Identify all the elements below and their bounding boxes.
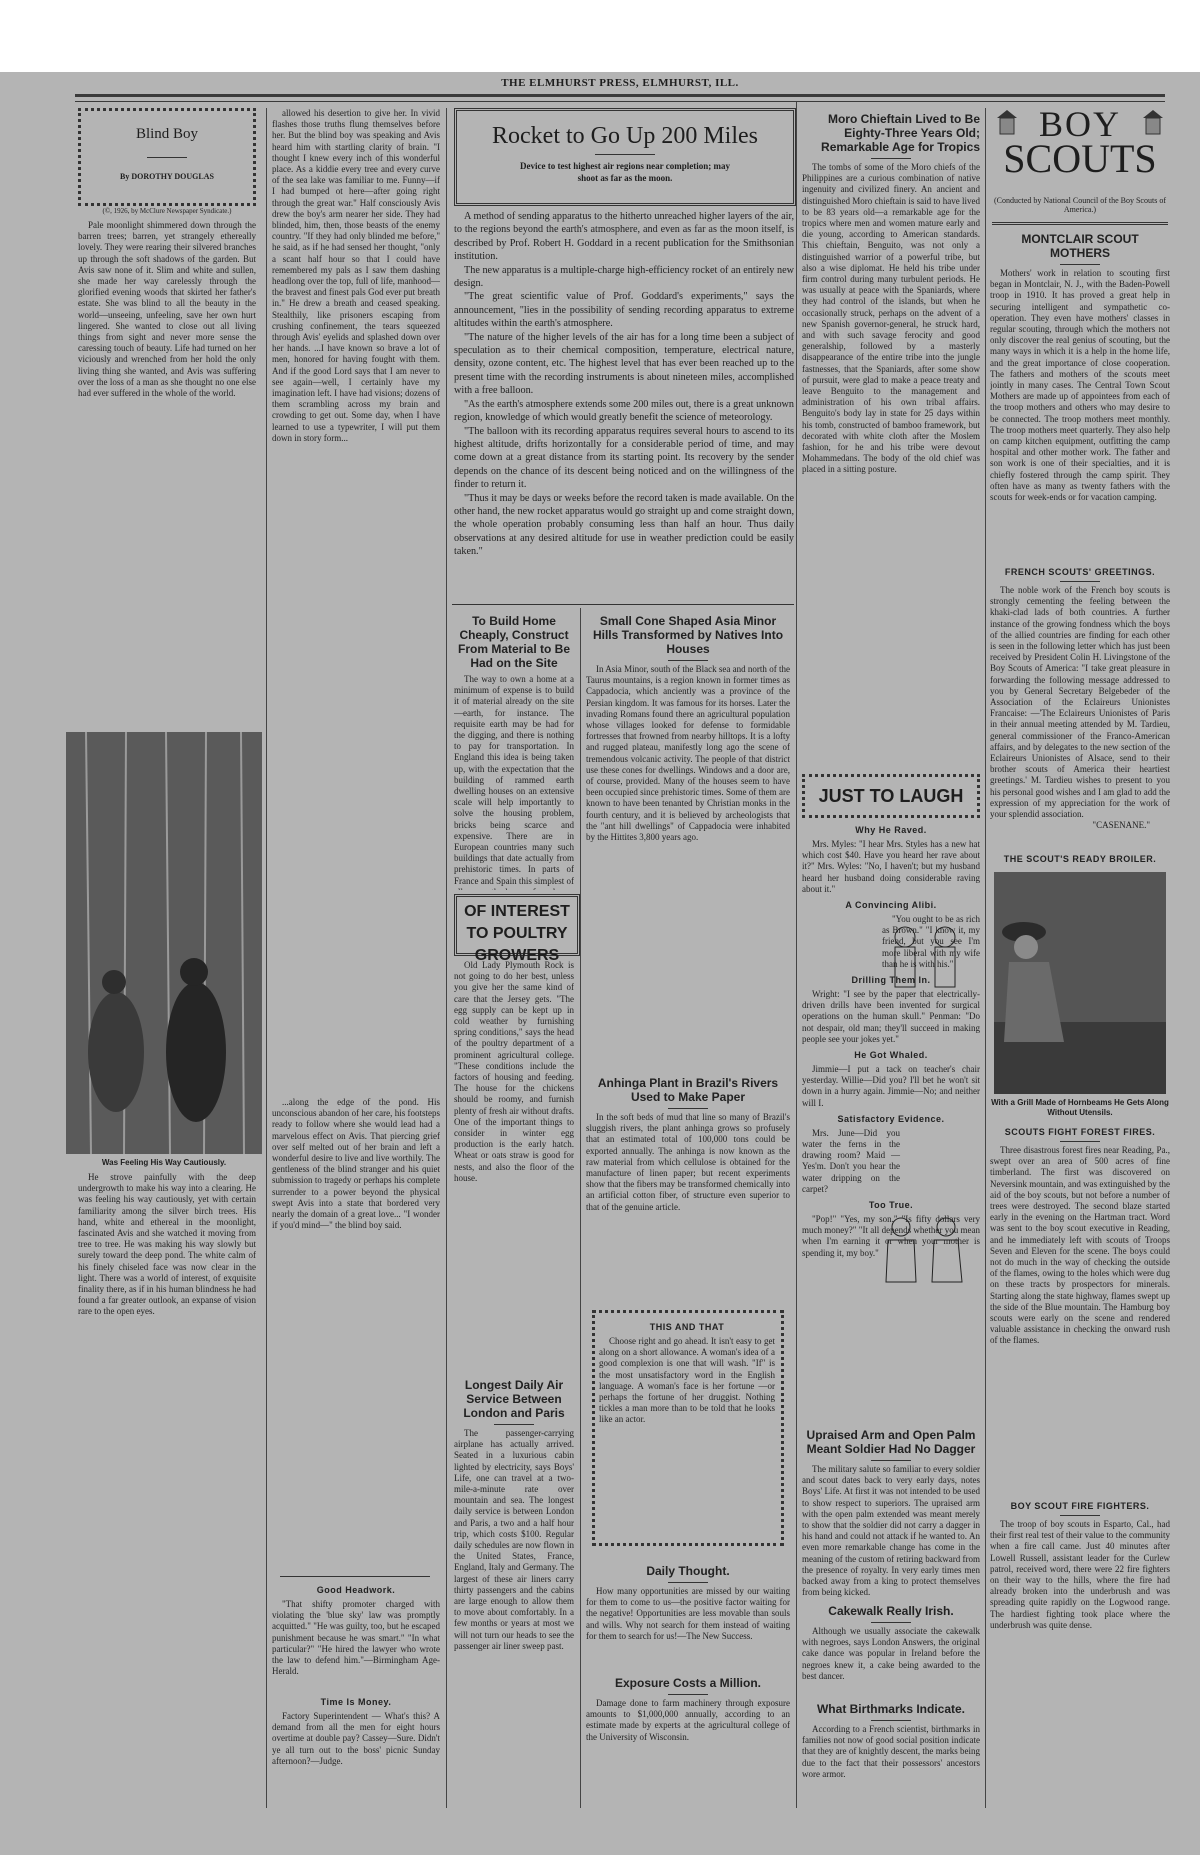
this-and-that-content: THIS AND THAT Choose right and go ahead.… — [595, 1313, 779, 1430]
copyright-line: (©, 1926, by McClure Newspaper Syndicate… — [78, 206, 256, 218]
divider — [1060, 1515, 1100, 1516]
time-is-money-article: Time Is Money. Factory Superintendent — … — [272, 1692, 440, 1802]
broiler-caption: With a Grill Made of Hornbeams He Gets A… — [990, 1098, 1170, 1118]
story-title: Blind Boy — [81, 125, 253, 143]
rocket-headline: Rocket to Go Up 200 Miles — [457, 121, 793, 151]
poultry-headline: OF INTEREST TO POULTRY GROWERS — [457, 901, 577, 967]
conducted-note: (Conducted by National Council of the Bo… — [990, 196, 1170, 218]
this-and-that-box: THIS AND THAT Choose right and go ahead.… — [592, 1310, 784, 1546]
banner-title: JUST TO LAUGH — [805, 777, 977, 815]
blind-boy-col2: allowed his desertion to give her. In vi… — [272, 108, 440, 1093]
scout-cooking-photo — [994, 872, 1166, 1094]
divider — [494, 1424, 534, 1425]
just-to-laugh-banner: JUST TO LAUGH — [802, 774, 980, 818]
banner-line-2: SCOUTS — [990, 140, 1170, 178]
french-scouts-article: FRENCH SCOUTS' GREETINGS. The noble work… — [990, 562, 1170, 852]
divider — [668, 1694, 708, 1695]
blind-boy-illustration — [66, 732, 262, 1154]
longest-air-service-article: Longest Daily Air Service Between London… — [454, 1374, 574, 1804]
forest-fires-article: SCOUTS FIGHT FOREST FIRES. Three disastr… — [990, 1122, 1170, 1492]
daily-thought-article: Daily Thought. How many opportunities ar… — [586, 1560, 790, 1668]
moro-article: Moro Chieftain Lived to Be Eighty-Three … — [802, 108, 980, 728]
rocket-article-body: A method of sending apparatus to the hit… — [454, 210, 794, 600]
couple-in-forest-illustration — [66, 732, 262, 1154]
boy-scouts-banner: BOY SCOUTS — [990, 108, 1170, 198]
divider — [595, 154, 655, 155]
column-rule — [985, 108, 986, 1808]
divider — [871, 158, 911, 159]
small-cone-article: Small Cone Shaped Asia Minor Hills Trans… — [586, 610, 790, 1066]
fire-fighters-article: BOY SCOUT FIRE FIGHTERS. The troop of bo… — [990, 1496, 1170, 1796]
divider — [668, 1108, 708, 1109]
masthead-rule — [75, 94, 1165, 102]
column-rule — [796, 102, 797, 1808]
divider — [992, 222, 1168, 225]
cartoon-two-men-icon — [880, 917, 970, 997]
divider — [871, 1460, 911, 1461]
blind-boy-title-box: Blind Boy By DOROTHY DOUGLAS — [78, 108, 256, 206]
scout-head-icon — [994, 108, 1020, 138]
good-headwork-article: Good Headwork. "That shifty promoter cha… — [272, 1580, 440, 1690]
montclair-article: MONTCLAIR SCOUT MOTHERS Mothers' work in… — [990, 228, 1170, 558]
joke-item: Satisfactory Evidence.Mrs. June—Did you … — [802, 1114, 980, 1195]
poultry-article: Old Lady Plymouth Rock is not going to d… — [454, 960, 574, 1370]
divider — [452, 604, 794, 605]
joke-item: Why He Raved.Mrs. Myles: "I hear Mrs. St… — [802, 825, 980, 895]
upraised-arm-article: Upraised Arm and Open Palm Meant Soldier… — [802, 1424, 980, 1599]
jokes-list: Why He Raved.Mrs. Myles: "I hear Mrs. St… — [802, 820, 980, 1420]
signature: "CASENANE." — [990, 820, 1150, 831]
scout-head-icon — [1140, 108, 1166, 138]
column-rule — [580, 608, 581, 1808]
cakewalk-article: Cakewalk Really Irish. Although we usual… — [802, 1600, 980, 1696]
divider — [280, 1576, 430, 1577]
rocket-deck: Device to test highest air regions near … — [457, 158, 793, 186]
divider — [668, 1582, 708, 1583]
anhinga-article: Anhinga Plant in Brazil's Rivers Used to… — [586, 1072, 790, 1302]
byline: By DOROTHY DOUGLAS — [81, 172, 253, 182]
column-rule — [446, 108, 447, 1808]
newspaper-page: THE ELMHURST PRESS, ELMHURST, ILL. Blind… — [0, 72, 1200, 1855]
divider — [871, 1720, 911, 1721]
divider — [1060, 1141, 1100, 1142]
cartoon-two-women-icon — [876, 1212, 976, 1292]
joke-item: He Got Whaled.Jimmie—I put a tack on tea… — [802, 1050, 980, 1109]
divider — [1060, 264, 1100, 265]
exposure-article: Exposure Costs a Million. Damage done to… — [586, 1672, 790, 1782]
birthmarks-article: What Birthmarks Indicate. According to a… — [802, 1698, 980, 1798]
blind-boy-col2-lower: ...along the edge of the pond. His uncon… — [272, 1097, 440, 1572]
broiler-heading: THE SCOUT'S READY BROILER. — [990, 854, 1170, 868]
divider — [668, 660, 708, 661]
scout-broiler-photo — [994, 872, 1166, 1094]
divider — [871, 1622, 911, 1623]
divider — [147, 157, 187, 158]
rocket-headline-box: Rocket to Go Up 200 Miles Device to test… — [454, 108, 796, 206]
blind-boy-body-continued: He strove painfully with the deep underg… — [78, 1172, 256, 1792]
divider — [1060, 581, 1100, 582]
blind-boy-body-start: Pale moonlight shimmered down through th… — [78, 220, 256, 728]
build-home-article: To Build Home Cheaply, Construct From Ma… — [454, 610, 574, 890]
poultry-headline-box: OF INTEREST TO POULTRY GROWERS — [454, 894, 580, 956]
illustration-caption: Was Feeling His Way Cautiously. — [66, 1158, 262, 1168]
column-rule — [266, 108, 267, 1808]
